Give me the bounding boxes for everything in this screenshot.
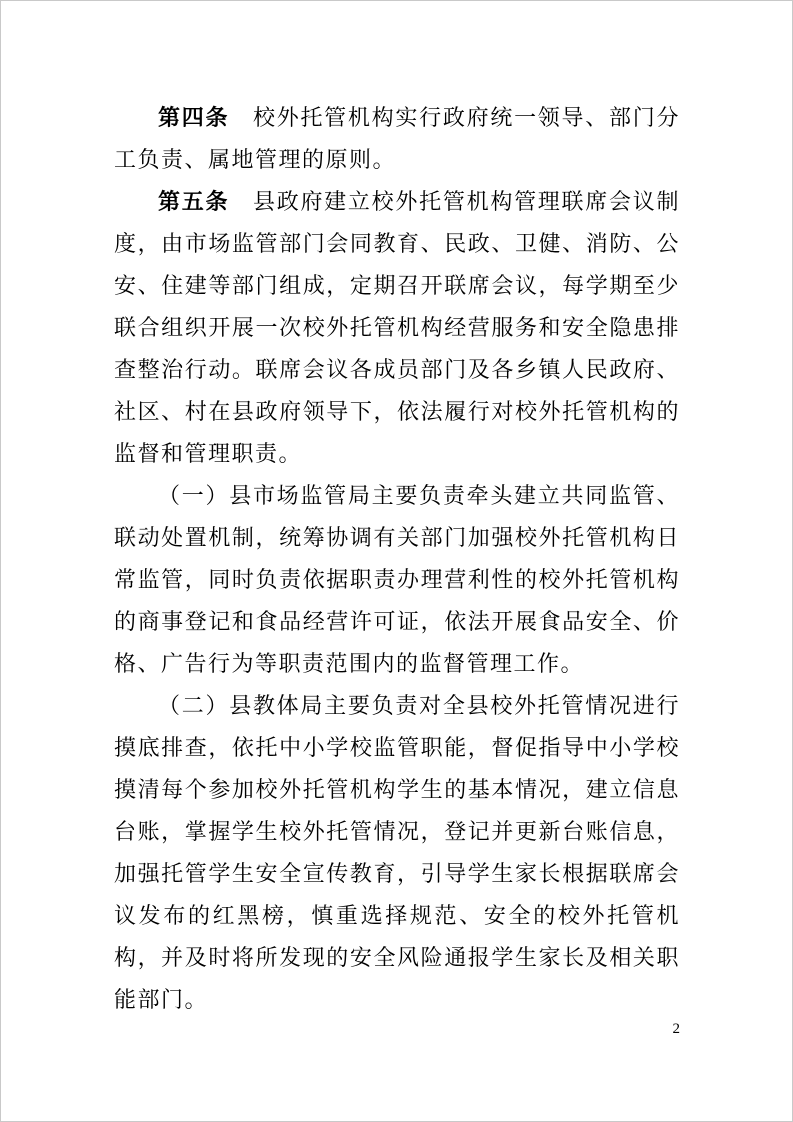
article-heading: 第五条: [158, 189, 229, 214]
paragraph-text: （一）县市场监管局主要负责牵头建立共同监管、联动处置机制，统筹协调有关部门加强校…: [114, 483, 680, 676]
paragraph-text: 县政府建立校外托管机构管理联席会议制度，由市场监管部门会同教育、民政、卫健、消防…: [114, 189, 680, 466]
document-body: 第四条 校外托管机构实行政府统一领导、部门分工负责、属地管理的原则。第五条 县政…: [114, 97, 680, 1021]
paragraph: 第五条 县政府建立校外托管机构管理联席会议制度，由市场监管部门会同教育、民政、卫…: [114, 181, 680, 475]
paragraph: （二）县教体局主要负责对全县校外托管情况进行摸底排查，依托中小学校监管职能，督促…: [114, 685, 680, 1021]
paragraph: （一）县市场监管局主要负责牵头建立共同监管、联动处置机制，统筹协调有关部门加强校…: [114, 475, 680, 685]
article-heading: 第四条: [158, 105, 229, 130]
paragraph-text: （二）县教体局主要负责对全县校外托管情况进行摸底排查，依托中小学校监管职能，督促…: [114, 693, 680, 1012]
document-page: 第四条 校外托管机构实行政府统一领导、部门分工负责、属地管理的原则。第五条 县政…: [0, 0, 793, 1122]
paragraph: 第四条 校外托管机构实行政府统一领导、部门分工负责、属地管理的原则。: [114, 97, 680, 181]
page-number: 2: [114, 1019, 680, 1039]
